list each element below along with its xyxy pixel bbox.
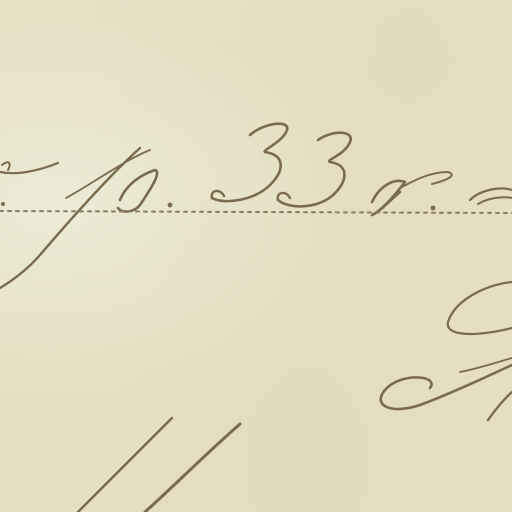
letter-n <box>118 170 157 212</box>
bottom-stroke-left <box>78 418 172 512</box>
handwriting-strokes <box>0 0 512 512</box>
letter-p-descender <box>0 148 140 288</box>
capital-loop-upper <box>448 282 512 334</box>
digit-3-first <box>212 124 287 201</box>
bottom-stroke-right <box>145 424 240 512</box>
letter-v <box>372 181 405 215</box>
capital-loop-lower <box>381 365 512 409</box>
manuscript-page: p. 33 v. Th ll <box>0 0 512 512</box>
